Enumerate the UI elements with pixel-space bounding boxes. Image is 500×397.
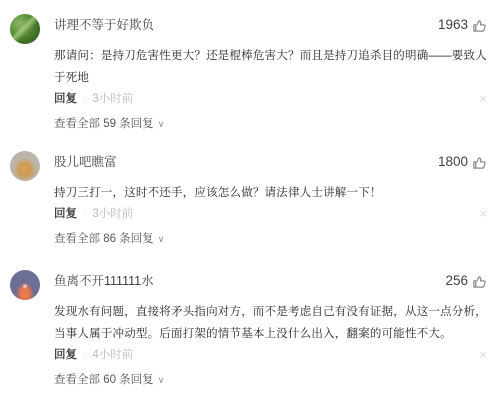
thumbs-up-icon[interactable] xyxy=(472,155,487,170)
like-button[interactable]: 256 xyxy=(445,273,487,289)
dot-separator: · xyxy=(83,348,86,362)
view-all-replies-button[interactable]: 查看全部 86 条回复 ∨ xyxy=(54,232,487,246)
comment-body: 发现水有问题，直接将矛头指向对方，而不是考虑自己有没有证据，从这一点分析，当事人… xyxy=(54,301,487,345)
comment-section: 讲理不等于好欺负 1963 那请问：是持刀危害性更大？还是棍棒危害大？而且是持刀… xyxy=(0,0,500,397)
reply-button[interactable]: 回复 xyxy=(54,348,77,362)
close-icon[interactable]: × xyxy=(479,348,487,362)
reply-button[interactable]: 回复 xyxy=(54,207,77,221)
view-all-label: 查看全部 60 条回复 xyxy=(54,373,154,387)
comment-header: 讲理不等于好欺负 1963 xyxy=(54,17,487,33)
view-all-replies-button[interactable]: 查看全部 60 条回复 ∨ xyxy=(54,373,487,387)
comment-meta: 回复 · 3小时前 × xyxy=(54,207,487,221)
user-avatar[interactable] xyxy=(10,151,40,181)
like-count: 1963 xyxy=(438,17,468,33)
dot-separator: · xyxy=(83,92,86,106)
username[interactable]: 鱼离不开111111水 xyxy=(54,273,154,289)
comment-meta: 回复 · 4小时前 × xyxy=(54,348,487,362)
like-count: 256 xyxy=(445,273,468,289)
chevron-down-icon: ∨ xyxy=(158,373,165,387)
chevron-down-icon: ∨ xyxy=(158,117,165,131)
view-all-label: 查看全部 86 条回复 xyxy=(54,232,154,246)
reply-button[interactable]: 回复 xyxy=(54,92,77,106)
close-icon[interactable]: × xyxy=(479,92,487,106)
like-button[interactable]: 1963 xyxy=(438,17,487,33)
dot-separator: · xyxy=(83,207,86,221)
comment-header: 股儿吧瞧富 1800 xyxy=(54,154,487,170)
username[interactable]: 股儿吧瞧富 xyxy=(54,154,117,170)
timestamp: 3小时前 xyxy=(92,207,133,221)
user-avatar[interactable] xyxy=(10,270,40,300)
comment-meta: 回复 · 3小时前 × xyxy=(54,92,487,106)
username[interactable]: 讲理不等于好欺负 xyxy=(54,17,154,33)
view-all-label: 查看全部 59 条回复 xyxy=(54,117,154,131)
chevron-down-icon: ∨ xyxy=(158,232,165,246)
thumbs-up-icon[interactable] xyxy=(472,18,487,33)
comment-content: 股儿吧瞧富 1800 持刀三打一，这时不还手，应该怎么做？请法律人士讲解一下！ … xyxy=(54,151,487,246)
comment-content: 鱼离不开111111水 256 发现水有问题，直接将矛头指向对方，而不是考虑自己… xyxy=(54,270,487,387)
comment-item: 鱼离不开111111水 256 发现水有问题，直接将矛头指向对方，而不是考虑自己… xyxy=(0,270,500,387)
comment-body: 持刀三打一，这时不还手，应该怎么做？请法律人士讲解一下！ xyxy=(54,182,487,204)
close-icon[interactable]: × xyxy=(479,207,487,221)
comment-header: 鱼离不开111111水 256 xyxy=(54,273,487,289)
like-count: 1800 xyxy=(438,154,468,170)
user-avatar[interactable] xyxy=(10,14,40,44)
comment-body: 那请问：是持刀危害性更大？还是棍棒危害大？而且是持刀追杀目的明确——要致人于死地 xyxy=(54,45,487,89)
comment-item: 讲理不等于好欺负 1963 那请问：是持刀危害性更大？还是棍棒危害大？而且是持刀… xyxy=(0,14,500,131)
thumbs-up-icon[interactable] xyxy=(472,274,487,289)
like-button[interactable]: 1800 xyxy=(438,154,487,170)
comment-content: 讲理不等于好欺负 1963 那请问：是持刀危害性更大？还是棍棒危害大？而且是持刀… xyxy=(54,14,487,131)
comment-item: 股儿吧瞧富 1800 持刀三打一，这时不还手，应该怎么做？请法律人士讲解一下！ … xyxy=(0,151,500,246)
view-all-replies-button[interactable]: 查看全部 59 条回复 ∨ xyxy=(54,117,487,131)
timestamp: 4小时前 xyxy=(92,348,133,362)
timestamp: 3小时前 xyxy=(92,92,133,106)
